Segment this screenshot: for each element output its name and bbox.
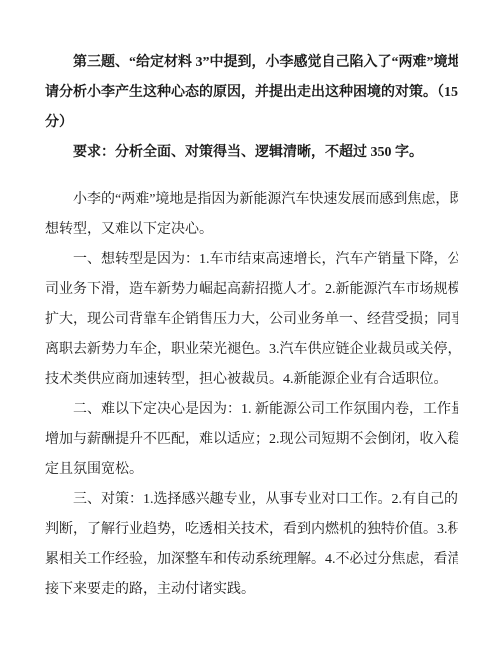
text-line: 技术类供应商加速转型，担心被裁员。4.新能源企业有合适职位。	[45, 365, 458, 395]
text-line: 扩大，现公司背靠车企销售压力大，公司业务单一、经营受损；同事	[45, 305, 458, 335]
text-line: 分）	[45, 108, 458, 138]
question-paragraph: 第三题、“给定材料 3”中提到，小李感觉自己陷入了“两难”境地。 请分析小李产生…	[45, 48, 458, 138]
reasons-hard-to-decide-paragraph: 二、难以下定决心是因为：1. 新能源公司工作氛围内卷，工作量 增加与薪酬提升不匹…	[45, 395, 458, 485]
text-line: 请分析小李产生这种心态的原因，并提出走出这种困境的对策。（15	[45, 78, 458, 108]
text-line: 三、对策：1.选择感兴趣专业，从事专业对口工作。2.有自己的	[45, 485, 458, 515]
reasons-want-transform-paragraph: 一、想转型是因为：1.车市结束高速增长，汽车产销量下降，公 司业务下滑，造车新势…	[45, 245, 458, 395]
text-line: 判断，了解行业趋势，吃透相关技术，看到内燃机的独特价值。3.积	[45, 515, 458, 545]
text-line: 二、难以下定决心是因为：1. 新能源公司工作氛围内卷，工作量	[45, 395, 458, 425]
countermeasures-paragraph: 三、对策：1.选择感兴趣专业，从事专业对口工作。2.有自己的 判断，了解行业趋势…	[45, 485, 458, 605]
essay-content: 第三题、“给定材料 3”中提到，小李感觉自己陷入了“两难”境地。 请分析小李产生…	[0, 0, 500, 605]
text-line: 累相关工作经验，加深整车和传动系统理解。4.不必过分焦虑，看清	[45, 545, 458, 575]
requirement-paragraph: 要求：分析全面、对策得当、逻辑清晰，不超过 350 字。	[45, 138, 458, 168]
text-line: 司业务下滑，造车新势力崛起高薪招揽人才。2.新能源汽车市场规模	[45, 275, 458, 305]
text-line: 定且氛围宽松。	[45, 455, 458, 485]
document-page: 第三题、“给定材料 3”中提到，小李感觉自己陷入了“两难”境地。 请分析小李产生…	[0, 0, 500, 653]
text-line: 要求：分析全面、对策得当、逻辑清晰，不超过 350 字。	[45, 138, 458, 168]
text-line: 接下来要走的路，主动付诸实践。	[45, 575, 458, 605]
text-line: 小李的“两难”境地是指因为新能源汽车快速发展而感到焦虑，既	[45, 185, 458, 215]
text-line: 一、想转型是因为：1.车市结束高速增长，汽车产销量下降，公	[45, 245, 458, 275]
text-line: 增加与薪酬提升不匹配，难以适应；2.现公司短期不会倒闭，收入稳	[45, 425, 458, 455]
text-line: 离职去新势力车企，职业荣光褪色。3.汽车供应链企业裁员或关停，	[45, 335, 458, 365]
text-line: 想转型，又难以下定决心。	[45, 215, 458, 245]
text-line: 第三题、“给定材料 3”中提到，小李感觉自己陷入了“两难”境地。	[45, 48, 458, 78]
answer-intro-paragraph: 小李的“两难”境地是指因为新能源汽车快速发展而感到焦虑，既 想转型，又难以下定决…	[45, 185, 458, 245]
